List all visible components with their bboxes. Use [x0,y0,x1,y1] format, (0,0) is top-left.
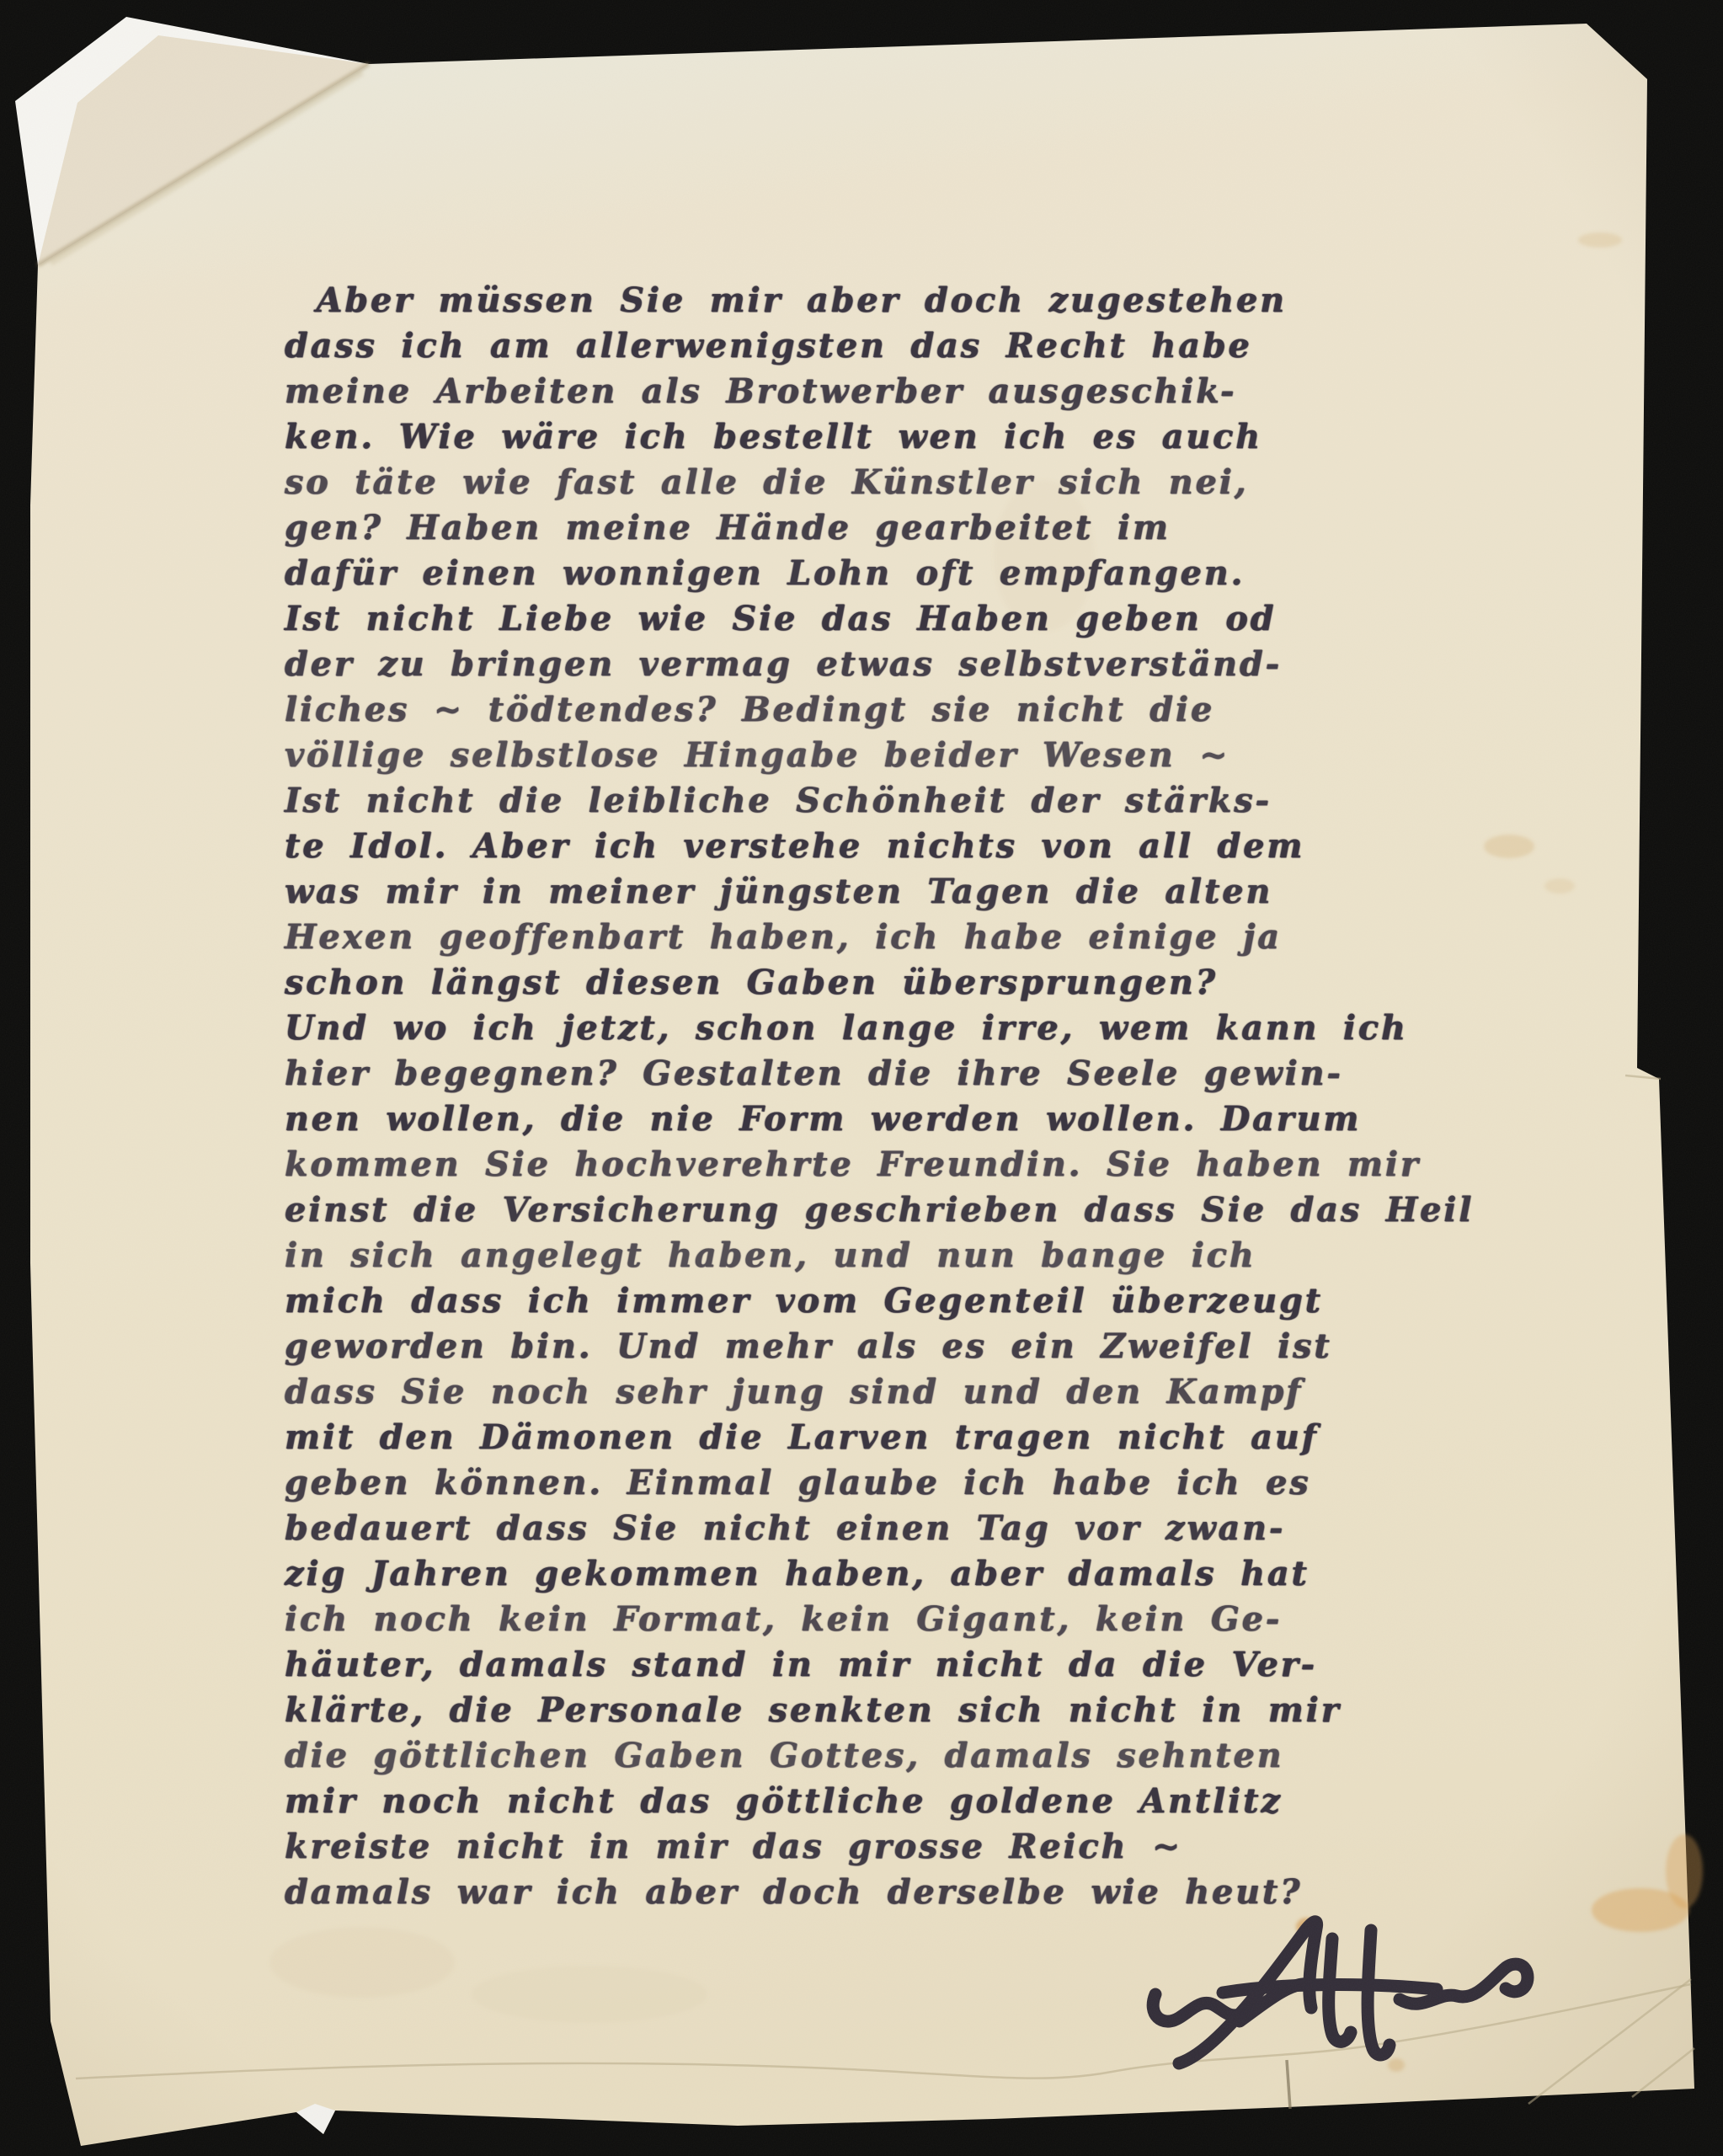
handwriting-line: einst die Versicherung geschrieben dass … [285,1187,1477,1233]
handwriting-line: der zu bringen vermag etwas selbstverstä… [285,642,1477,687]
handwriting-line: Ist nicht Liebe wie Sie das Haben geben … [285,596,1477,642]
handwriting-line: mir noch nicht das göttliche goldene Ant… [285,1779,1477,1824]
handwriting-line: kreiste nicht in mir das grosse Reich ~ [285,1824,1477,1870]
handwriting-line: geben können. Einmal glaube ich habe ich… [285,1460,1477,1506]
handwriting-line: gen? Haben meine Hände gearbeitet im [285,505,1477,551]
letter-body: Aber müssen Sie mir aber doch zugestehen… [285,278,1489,1915]
handwriting-line: dass ich am allerwenigsten das Recht hab… [285,323,1477,369]
handwriting-line: häuter, damals stand in mir nicht da die… [285,1642,1477,1688]
handwriting-line: zig Jahren gekommen haben, aber damals h… [285,1551,1477,1597]
handwriting-line: geworden bin. Und mehr als es ein Zweife… [285,1324,1477,1369]
handwriting-line: ken. Wie wäre ich bestellt wen ich es au… [285,414,1477,460]
handwriting-line: so täte wie fast alle die Künstler sich … [285,460,1477,505]
handwriting-line: bedauert dass Sie nicht einen Tag vor zw… [285,1506,1477,1551]
handwriting-line: dass Sie noch sehr jung sind und den Kam… [285,1369,1477,1415]
handwriting-line: ich noch kein Format, kein Gigant, kein … [285,1597,1477,1642]
handwriting-line: mich dass ich immer vom Gegenteil überze… [285,1278,1477,1324]
handwriting-line: Ist nicht die leibliche Schönheit der st… [285,778,1477,824]
handwriting-line: Und wo ich jetzt, schon lange irre, wem … [285,1006,1477,1051]
handwriting-line: meine Arbeiten als Brotwerber ausgeschik… [285,369,1477,414]
handwriting-line: die göttlichen Gaben Gottes, damals sehn… [285,1733,1477,1779]
handwriting-line: nen wollen, die nie Form werden wollen. … [285,1097,1477,1142]
handwriting-line: kommen Sie hochverehrte Freundin. Sie ha… [285,1142,1477,1187]
handwriting-line: völlige selbstlose Hingabe beider Wesen … [285,733,1477,778]
handwriting-line: in sich angelegt haben, und nun bange ic… [285,1233,1477,1278]
handwriting-line: Aber müssen Sie mir aber doch zugestehen [285,278,1477,323]
handwriting-line: liches ~ tödtendes? Bedingt sie nicht di… [285,687,1477,733]
handwriting-line: schon längst diesen Gaben übersprungen? [285,960,1477,1006]
handwriting-line: was mir in meiner jüngsten Tagen die alt… [285,869,1477,915]
handwriting-line: klärte, die Personale senkten sich nicht… [285,1688,1477,1733]
handwriting-line: Hexen geoffenbart haben, ich habe einige… [285,915,1477,960]
handwriting-line: dafür einen wonnigen Lohn oft empfangen. [285,551,1477,596]
handwriting-line: mit den Dämonen die Larven tragen nicht … [285,1415,1477,1460]
handwriting-line: te Idol. Aber ich verstehe nichts von al… [285,824,1477,869]
scan-background: Aber müssen Sie mir aber doch zugestehen… [0,0,1723,2156]
handwriting-line: damals war ich aber doch derselbe wie he… [285,1870,1477,1915]
handwriting-line: hier begegnen? Gestalten die ihre Seele … [285,1051,1477,1097]
